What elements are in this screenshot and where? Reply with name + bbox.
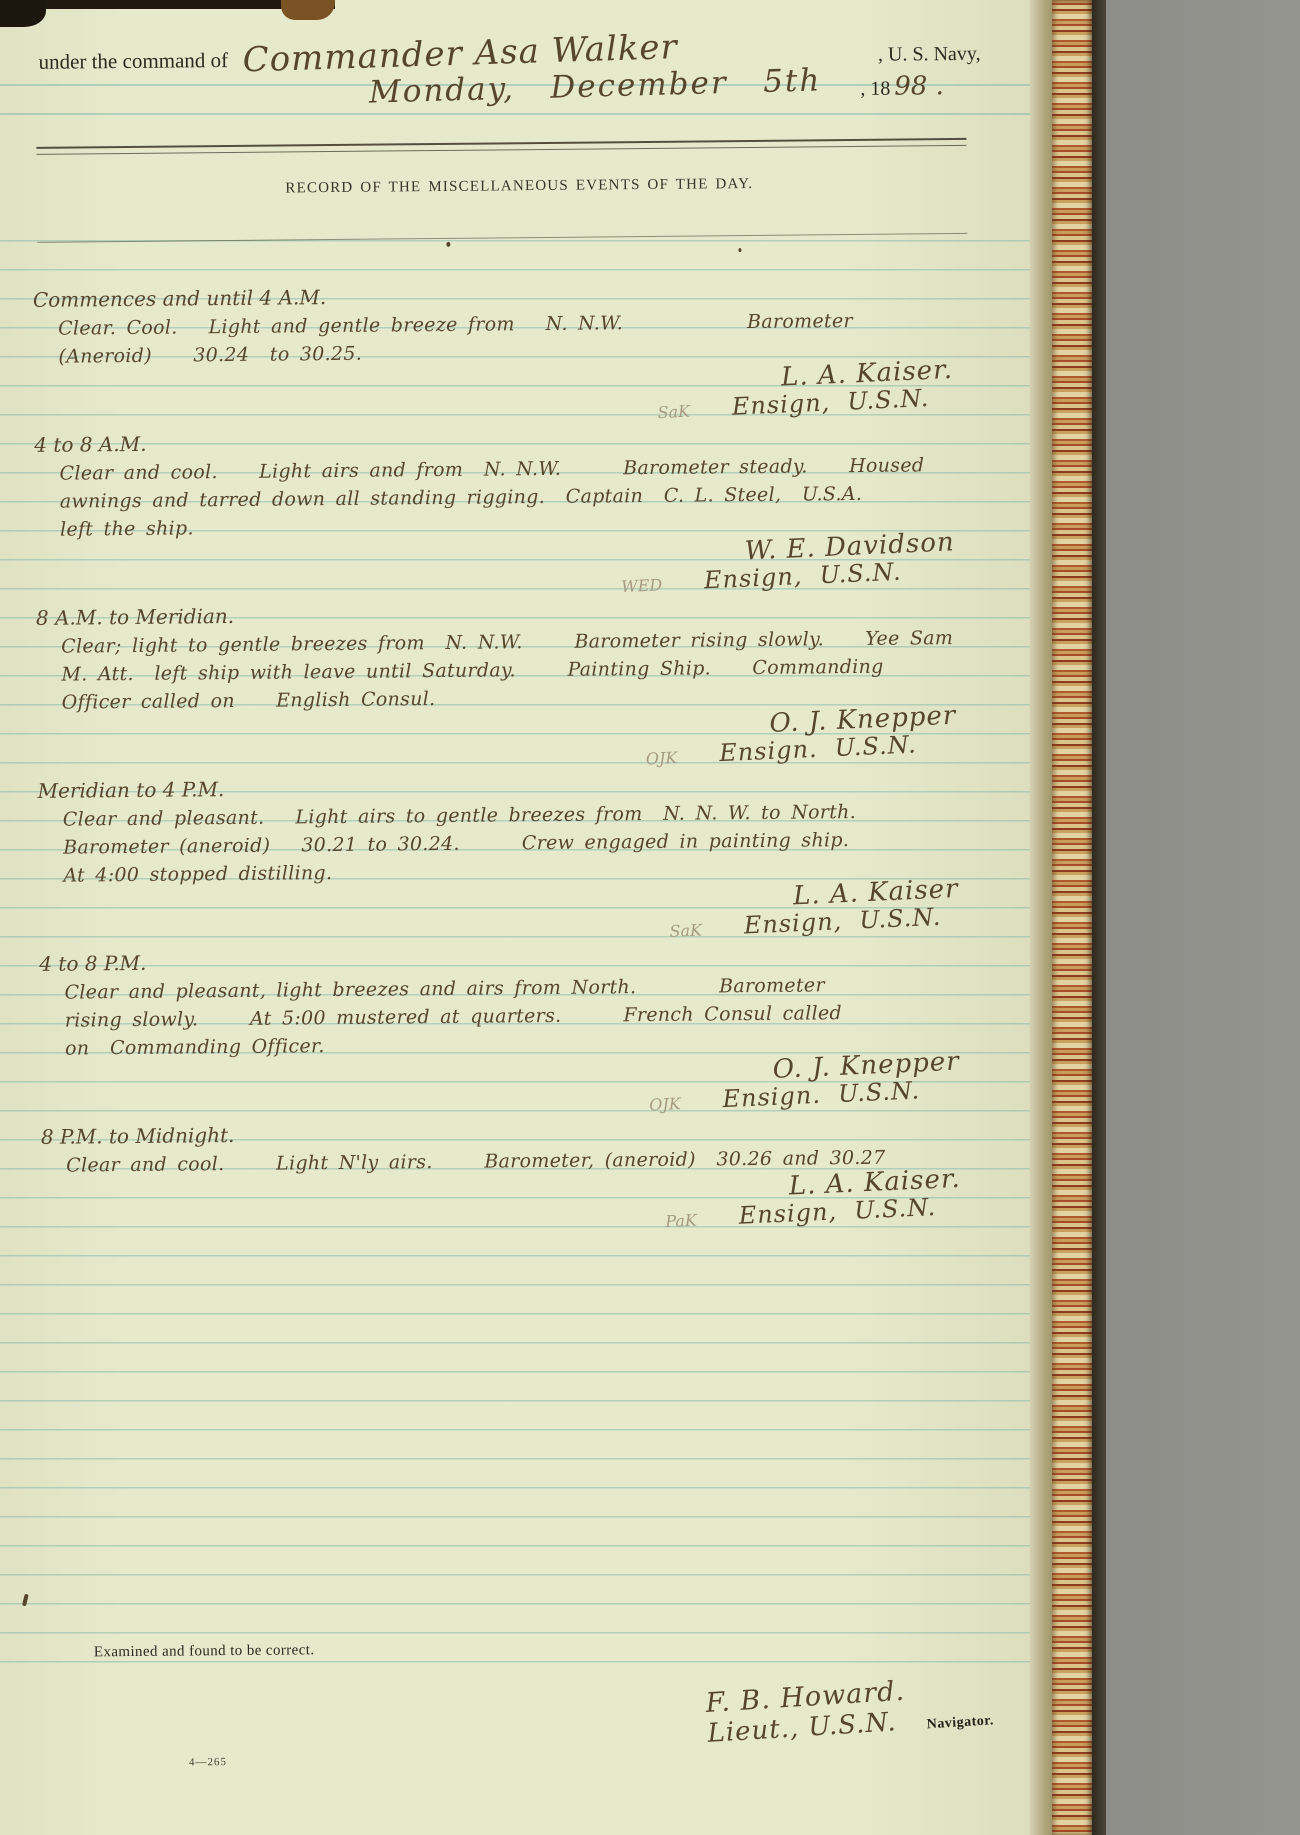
officer-rank: Ensign. U.S.N. <box>719 730 918 767</box>
log-entry-4-to-8am: 4 to 8 A.M. Clear and cool. Light airs a… <box>34 421 1021 599</box>
rank-row: OJK Ensign. U.S.N. <box>649 1075 962 1119</box>
officer-rank: Ensign, U.S.N. <box>743 903 942 940</box>
ink-mark <box>22 1594 29 1607</box>
year-handwritten-part: 98 . <box>894 71 944 101</box>
log-entry-8pm-to-midnight: 8 P.M. to Midnight. Clear and cool. Ligh… <box>41 1113 1027 1235</box>
rank-row: SaK Ensign, U.S.N. <box>657 383 955 426</box>
date-handwriting: Monday, December 5th <box>368 62 821 110</box>
signature-block: L. A. Kaiser SaK Ensign, U.S.N. <box>667 876 960 945</box>
clerk-initials: PaK <box>665 1211 697 1231</box>
double-rule <box>36 138 966 155</box>
scan-background-right <box>1106 0 1300 1835</box>
rank-row: WED Ensign, U.S.N. <box>621 555 957 600</box>
log-entry-midnight-to-4am: Commences and until 4 A.M. Clear. Cool. … <box>33 276 1019 426</box>
ink-speck <box>738 248 741 252</box>
form-number: 4—265 <box>189 1756 227 1768</box>
marbled-book-edge <box>1052 0 1092 1835</box>
navy-suffix-label: , U. S. Navy, <box>878 43 981 67</box>
page-content: under the command of Commander Asa Walke… <box>0 0 1053 1835</box>
rank-row: SaK Ensign, U.S.N. <box>668 902 960 945</box>
page-stack-edge <box>1030 0 1052 1835</box>
log-entry-4-to-8pm: 4 to 8 P.M. Clear and pleasant, light br… <box>39 940 1026 1118</box>
log-entries: Commences and until 4 A.M. Clear. Cool. … <box>33 276 1027 1239</box>
clerk-initials: WED <box>621 575 663 596</box>
officer-rank: Ensign, U.S.N. <box>731 384 930 421</box>
examined-statement: Examined and found to be correct. <box>94 1642 315 1661</box>
signature-block: L. A. Kaiser. SaK Ensign, U.S.N. <box>656 357 955 426</box>
navigator-label: Navigator. <box>926 1713 994 1733</box>
signature-block: L. A. Kaiser. PaK Ensign, U.S.N. <box>664 1166 963 1235</box>
binding-leather-patch <box>281 0 335 20</box>
officer-rank: Ensign, U.S.N. <box>703 558 902 595</box>
logbook-page: under the command of Commander Asa Walke… <box>0 0 1035 1835</box>
officer-rank: Ensign, U.S.N. <box>738 1193 937 1230</box>
section-title: RECORD OF THE MISCELLANEOUS EVENTS OF TH… <box>2 173 1037 200</box>
log-entry-8am-to-meridian: 8 A.M. to Meridian. Clear; light to gent… <box>36 594 1023 772</box>
thin-rule <box>37 233 967 243</box>
rank-row: OJK Ensign. U.S.N. <box>645 729 958 773</box>
clerk-initials: OJK <box>649 1094 681 1114</box>
ink-speck <box>446 242 450 247</box>
clerk-initials: OJK <box>646 748 678 768</box>
rank-row: PaK Ensign, U.S.N. <box>665 1192 963 1235</box>
clerk-initials: SaK <box>657 402 690 422</box>
year-label: , 18 98 . <box>860 71 944 102</box>
binding-shadow <box>1092 0 1106 1835</box>
signature-block: O. J. Knepper OJK Ensign. U.S.N. <box>647 1049 961 1119</box>
navigator-signature-block: F. B. Howard. Lieut., U.S.N. Navigator. <box>705 1671 995 1749</box>
date-header-row: Monday, December 5th , 18 98 . <box>1 64 1036 116</box>
signature-block: O. J. Knepper OJK Ensign. U.S.N. <box>644 703 958 773</box>
signature-block: W. E. Davidson WED Ensign, U.S.N. <box>619 529 956 600</box>
clerk-initials: SaK <box>669 920 702 940</box>
officer-rank: Ensign. U.S.N. <box>722 1076 921 1113</box>
command-prefix-label: under the command of <box>38 48 228 75</box>
log-entry-meridian-to-4pm: Meridian to 4 P.M. Clear and pleasant. L… <box>37 767 1024 945</box>
year-printed-part: , 18 <box>860 78 890 100</box>
logbook-scan: under the command of Commander Asa Walke… <box>0 0 1300 1835</box>
